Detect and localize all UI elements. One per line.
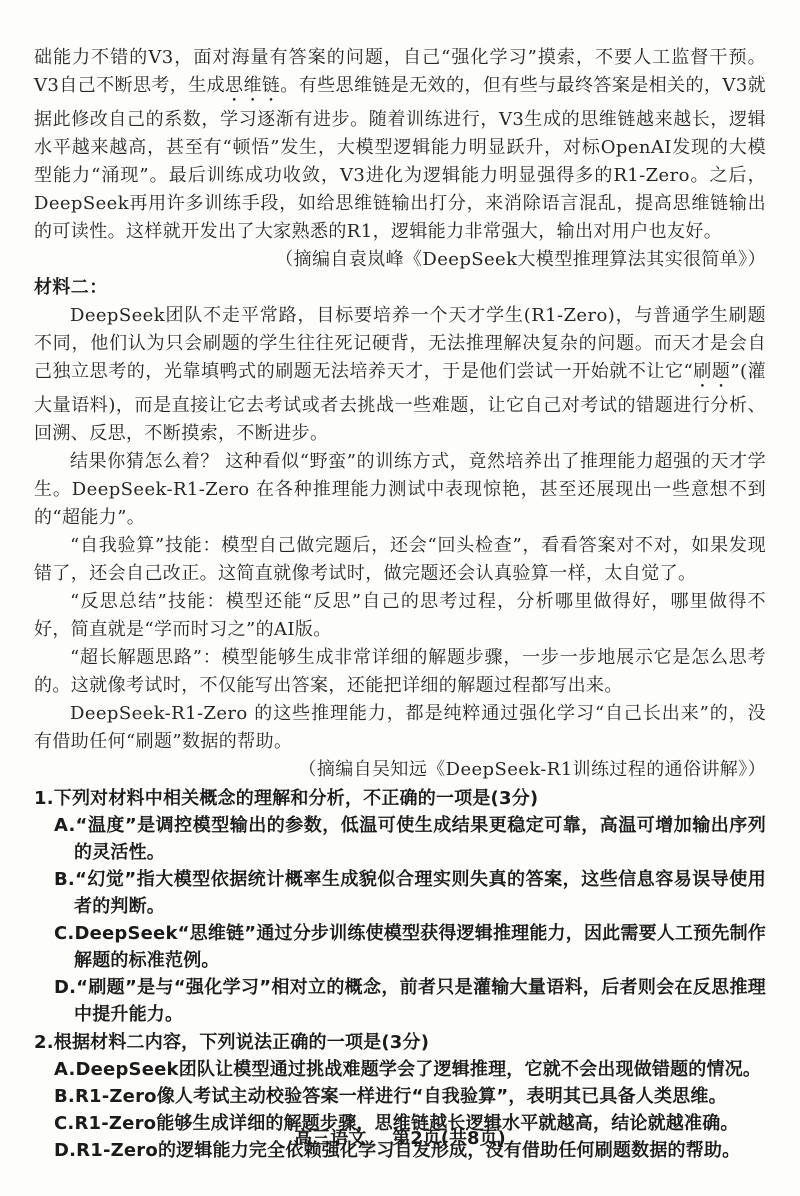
question-2-option-b: B.R1-Zero像人考试主动校验答案一样进行“自我验算”，表明其已具备人类思维… — [34, 1083, 766, 1110]
material-one-continuation-paragraph: 础能力不错的V3，面对海量有答案的问题，自己“强化学习”摸索，不要人工监督干预。… — [34, 44, 766, 246]
text-segment: “自我验算”技能：模型自己做完题后，还会“回头检查”，看看答案对不对，如果发现错… — [34, 535, 766, 584]
material-two-paragraph: DeepSeek团队不走平常路，目标要培养一个天才学生(R1-Zero)，与普通… — [34, 302, 766, 448]
material-one-section: 础能力不错的V3，面对海量有答案的问题，自己“强化学习”摸索，不要人工监督干预。… — [34, 44, 766, 274]
text-segment: “超长解题思路”：模型能够生成非常详细的解题步骤，一步一步地展示它是怎么思考的。… — [34, 647, 766, 696]
question-1-stem: 1.下列对材料中相关概念的理解和分析，不正确的一项是(3分) — [34, 785, 766, 812]
emphasized-text: 思维链 — [225, 75, 280, 96]
material-two-paragraph: DeepSeek-R1-Zero 的这些推理能力，都是纯粹通过强化学习“自己长出… — [34, 700, 766, 756]
material-two-heading: 材料二： — [34, 274, 766, 302]
question-2-stem: 2.根据材料二内容，下列说法正确的一项是(3分) — [34, 1029, 766, 1056]
question-2-option-a: A.DeepSeek团队让模型通过挑战难题学会了逻辑推理，它就不会出现做错题的情… — [34, 1056, 766, 1083]
questions-section: 1.下列对材料中相关概念的理解和分析，不正确的一项是(3分) A.“温度”是调控… — [34, 785, 766, 1164]
material-one-attribution: （摘编自袁岚峰《DeepSeek大模型推理算法其实很简单》） — [34, 246, 766, 274]
exam-page: 础能力不错的V3，面对海量有答案的问题，自己“强化学习”摸索，不要人工监督干预。… — [0, 0, 800, 1196]
material-two-section: 材料二： DeepSeek团队不走平常路，目标要培养一个天才学生(R1-Zero… — [34, 274, 766, 784]
question-1-option-c: C.DeepSeek“思维链”通过分步训练使模型获得逻辑推理能力，因此需要人工预… — [34, 920, 766, 974]
material-two-paragraph: 结果你猜怎么着？ 这种看似“野蛮”的训练方式，竟然培养出了推理能力超强的天才学生… — [34, 448, 766, 532]
page-footer: 高三语文第2页(共8页) — [0, 1124, 800, 1150]
footer-course-label: 高三语文 — [294, 1128, 366, 1149]
material-two-paragraph: “自我验算”技能：模型自己做完题后，还会“回头检查”，看看答案对不对，如果发现错… — [34, 532, 766, 588]
text-segment: “反思总结”技能：模型还能“反思”自己的思考过程，分析哪里做得好，哪里做得不好，… — [34, 591, 766, 640]
text-segment: DeepSeek-R1-Zero 的这些推理能力，都是纯粹通过强化学习“自己长出… — [34, 703, 766, 752]
footer-page-number: 第2页(共8页) — [392, 1128, 506, 1149]
material-two-paragraph: “反思总结”技能：模型还能“反思”自己的思考过程，分析哪里做得好，哪里做得不好，… — [34, 588, 766, 644]
text-segment: DeepSeek团队不走平常路，目标要培养一个天才学生(R1-Zero)，与普通… — [34, 305, 766, 382]
text-segment: 。有些思维链是无效的，但有些与最终答案是相关的，V3就据此修改自己的系数，学习逐… — [34, 75, 766, 242]
material-two-paragraph: “超长解题思路”：模型能够生成非常详细的解题步骤，一步一步地展示它是怎么思考的。… — [34, 644, 766, 700]
question-1-option-a: A.“温度”是调控模型输出的参数，低温可使生成结果更稳定可靠，高温可增加输出序列… — [34, 812, 766, 866]
question-1: 1.下列对材料中相关概念的理解和分析，不正确的一项是(3分) A.“温度”是调控… — [34, 785, 766, 1028]
emphasized-text: 刷题 — [693, 361, 730, 382]
question-1-option-d: D.“刷题”是与“强化学习”相对立的概念，前者只是灌输大量语料，后者则会在反思推… — [34, 974, 766, 1028]
question-1-option-b: B.“幻觉”指大模型依据统计概率生成貌似合理实则失真的答案，这些信息容易误导使用… — [34, 866, 766, 920]
material-two-attribution: （摘编自吴知远《DeepSeek-R1训练过程的通俗讲解》） — [34, 756, 766, 784]
text-segment: 结果你猜怎么着？ 这种看似“野蛮”的训练方式，竟然培养出了推理能力超强的天才学生… — [34, 451, 766, 528]
